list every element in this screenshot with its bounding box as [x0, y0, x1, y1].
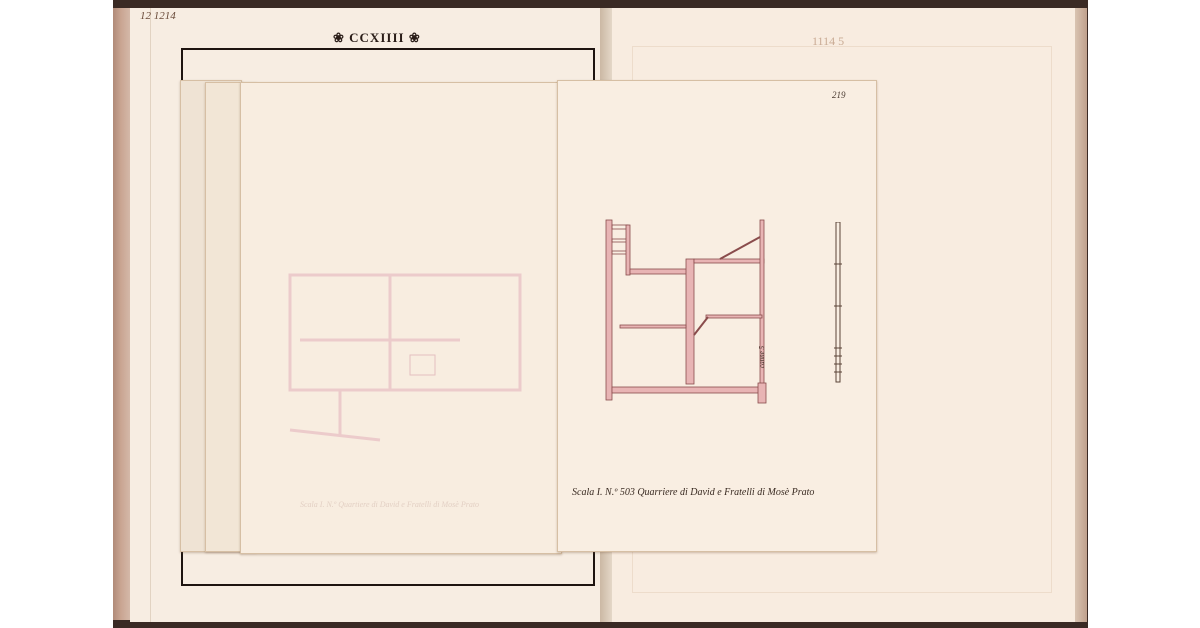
floor-plan-drawing — [600, 215, 770, 415]
plan-caption: Scala I. N.º 503 Quarriere di David e Fr… — [572, 487, 814, 498]
fleuron-icon: ❀ — [409, 30, 421, 45]
show-through-floor-plan — [280, 260, 530, 455]
fleuron-icon: ❀ — [333, 30, 345, 45]
scale-bar — [833, 222, 843, 389]
shelfmark: 1114 5 — [812, 34, 844, 49]
folio-annotation: 12 1214 — [140, 10, 176, 22]
margin-rule — [150, 8, 151, 622]
page-heading: ❀ CCXIIII ❀ — [333, 30, 421, 46]
scale-label: canne 5 — [758, 346, 766, 368]
book-fore-edge-right — [1075, 8, 1087, 622]
show-through-caption: Scala I. N.º Quartiere di David e Fratel… — [300, 500, 479, 509]
sheet-page-number: 219 — [832, 90, 846, 100]
heading-text: CCXIIII — [349, 30, 404, 45]
